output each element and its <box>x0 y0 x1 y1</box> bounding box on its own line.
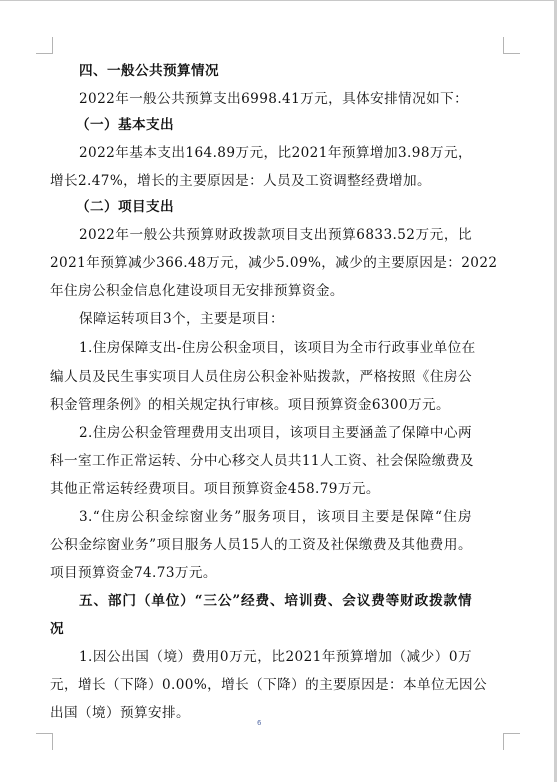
margin-corner-mark-bottom-right <box>503 733 520 750</box>
paragraph-line: 2021年预算减少366.48万元，减少5.09%，减少的主要原因是：2022 <box>50 254 472 272</box>
list-item-line: 编人员及民生事实项目人员住房公积金补贴拨款，严格按照《住房公 <box>50 368 472 386</box>
section-heading: 五、部门（单位）“三公”经费、培训费、会议费等财政拨款情 <box>79 592 472 610</box>
list-item-line: 科一室工作正常运转、分中心移交人员共11人工资、社会保险缴费及 <box>50 452 472 470</box>
paragraph-line: 出国（境）预算安排。 <box>50 704 190 722</box>
list-item-line: 其他正常运转经费项目。项目预算资金458.79万元。 <box>50 480 380 498</box>
list-item-line: 3.“住房公积金综窗业务”服务项目，该项目主要是保障“住房 <box>79 508 472 526</box>
page-top-border <box>0 0 557 1</box>
paragraph-line: 保障运转项目3个，主要是项目： <box>79 310 284 328</box>
margin-corner-mark-bottom-left <box>36 733 53 750</box>
paragraph-line: 元，增长（下降）0.00%，增长（下降）的主要原因是：本单位无因公 <box>50 676 472 694</box>
section-heading: 四、一般公共预算情况 <box>79 62 219 80</box>
paragraph-line: 年住房公积金信息化建设项目无安排预算资金。 <box>50 282 344 300</box>
list-item-line: 公积金综窗业务”项目服务人员15人的工资及社保缴费及其他费用。 <box>50 536 472 554</box>
paragraph-line: 2022年一般公共预算支出6998.41万元，具体安排情况如下： <box>79 90 468 108</box>
section-heading-continued: 况 <box>50 620 64 638</box>
list-item-line: 1.住房保障支出-住房公积金项目，该项目为全市行政事业单位在 <box>79 339 472 357</box>
page-number: 6 <box>257 719 261 727</box>
paragraph-line: 增长2.47%，增长的主要原因是：人员及工资调整经费增加。 <box>50 172 431 190</box>
list-item-line: 2.住房公积金管理费用支出项目，该项目主要涵盖了保障中心两 <box>79 424 472 442</box>
subsection-heading: （二）项目支出 <box>76 198 174 216</box>
paragraph-line: 2022年一般公共预算财政拨款项目支出预算6833.52万元，比 <box>79 226 472 244</box>
paragraph-line: 2022年基本支出164.89万元，比2021年预算增加3.98万元， <box>79 144 472 162</box>
paragraph-line: 1.因公出国（境）费用0万元，比2021年预算增加（减少）0万 <box>79 648 472 666</box>
margin-corner-mark-top-right <box>503 37 520 54</box>
list-item-line: 积金管理条例》的相关规定执行审核。项目预算资金6300万元。 <box>50 396 450 414</box>
list-item-line: 项目预算资金74.73万元。 <box>50 564 217 582</box>
subsection-heading: （一）基本支出 <box>76 116 174 134</box>
margin-corner-mark-top-left <box>36 37 53 54</box>
